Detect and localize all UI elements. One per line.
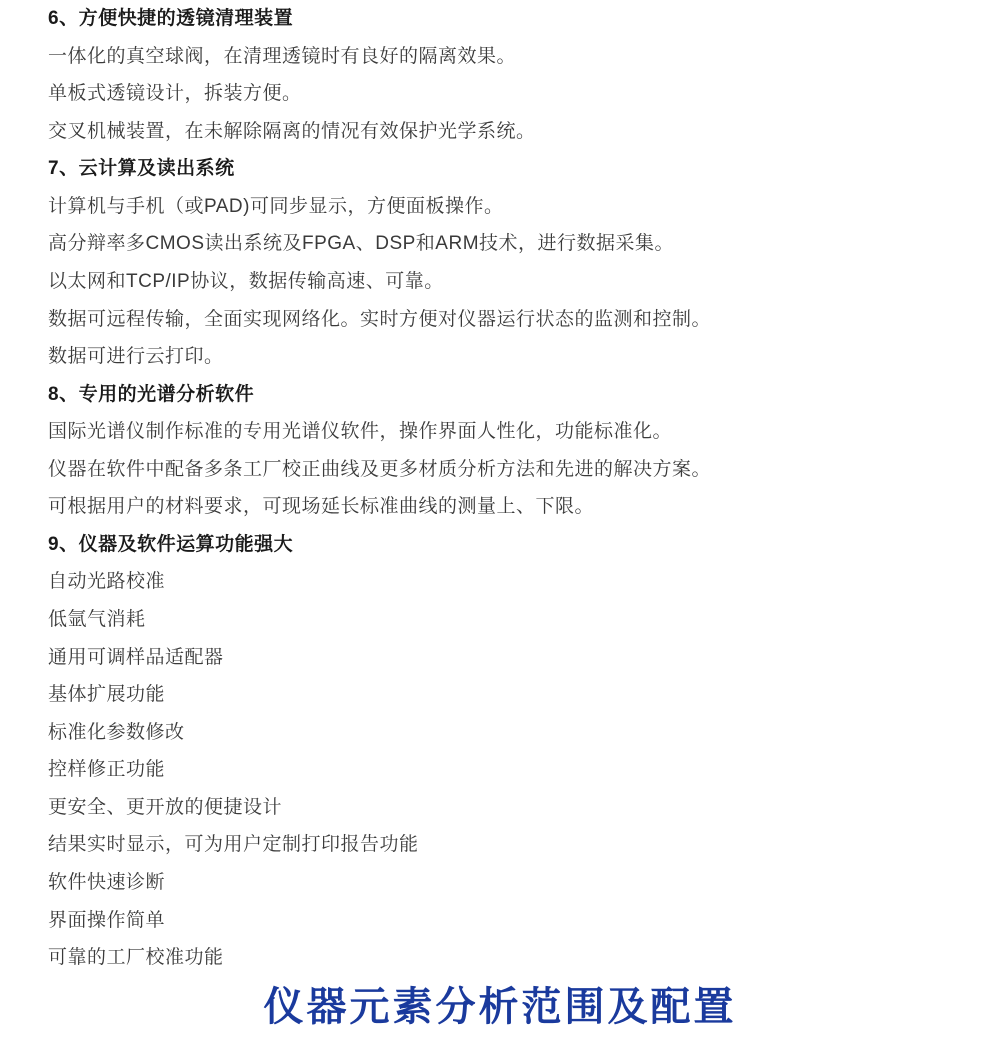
paragraph-line: 一体化的真空球阀，在清理透镜时有良好的隔离效果。 [48,47,960,67]
section-8-heading: 8、专用的光谱分析软件 [48,385,960,405]
paragraph-line: 控样修正功能 [48,760,960,780]
paragraph-line: 基体扩展功能 [48,685,960,705]
paragraph-line: 更安全、更开放的便捷设计 [48,798,960,818]
document-body: 6、方便快捷的透镜清理装置 一体化的真空球阀，在清理透镜时有良好的隔离效果。 单… [0,0,1000,1028]
paragraph-line: 仪器在软件中配备多条工厂校正曲线及更多材质分析方法和先进的解决方案。 [48,460,960,480]
section-7: 7、云计算及读出系统 计算机与手机（或PAD)可同步显示，方便面板操作。 高分辩… [48,159,960,366]
paragraph-line: 计算机与手机（或PAD)可同步显示，方便面板操作。 [48,197,960,217]
section-6: 6、方便快捷的透镜清理装置 一体化的真空球阀，在清理透镜时有良好的隔离效果。 单… [48,9,960,141]
section-8: 8、专用的光谱分析软件 国际光谱仪制作标准的专用光谱仪软件，操作界面人性化，功能… [48,385,960,517]
paragraph-line: 高分辩率多CMOS读出系统及FPGA、DSP和ARM技术，进行数据采集。 [48,234,960,254]
paragraph-line: 界面操作简单 [48,911,960,931]
paragraph-line: 单板式透镜设计，拆装方便。 [48,84,960,104]
paragraph-line: 国际光谱仪制作标准的专用光谱仪软件，操作界面人性化，功能标准化。 [48,422,960,442]
paragraph-line: 可靠的工厂校准功能 [48,948,960,968]
paragraph-line: 通用可调样品适配器 [48,648,960,668]
paragraph-line: 结果实时显示，可为用户定制打印报告功能 [48,835,960,855]
paragraph-line: 自动光路校准 [48,572,960,592]
section-6-heading: 6、方便快捷的透镜清理装置 [48,9,960,29]
paragraph-line: 数据可进行云打印。 [48,347,960,367]
paragraph-line: 标准化参数修改 [48,723,960,743]
paragraph-line: 数据可远程传输，全面实现网络化。实时方便对仪器运行状态的监测和控制。 [48,310,960,330]
paragraph-line: 交叉机械装置，在未解除隔离的情况有效保护光学系统。 [48,122,960,142]
section-9-heading: 9、仪器及软件运算功能强大 [48,535,960,555]
paragraph-line: 软件快速诊断 [48,873,960,893]
paragraph-line: 低氩气消耗 [48,610,960,630]
paragraph-line: 以太网和TCP/IP协议，数据传输高速、可靠。 [48,272,960,292]
section-7-heading: 7、云计算及读出系统 [48,159,960,179]
section-9: 9、仪器及软件运算功能强大 自动光路校准 低氩气消耗 通用可调样品适配器 基体扩… [48,535,960,968]
paragraph-line: 可根据用户的材料要求，可现场延长标准曲线的测量上、下限。 [48,497,960,517]
footer-section-title: 仪器元素分析范围及配置 [48,986,960,1028]
